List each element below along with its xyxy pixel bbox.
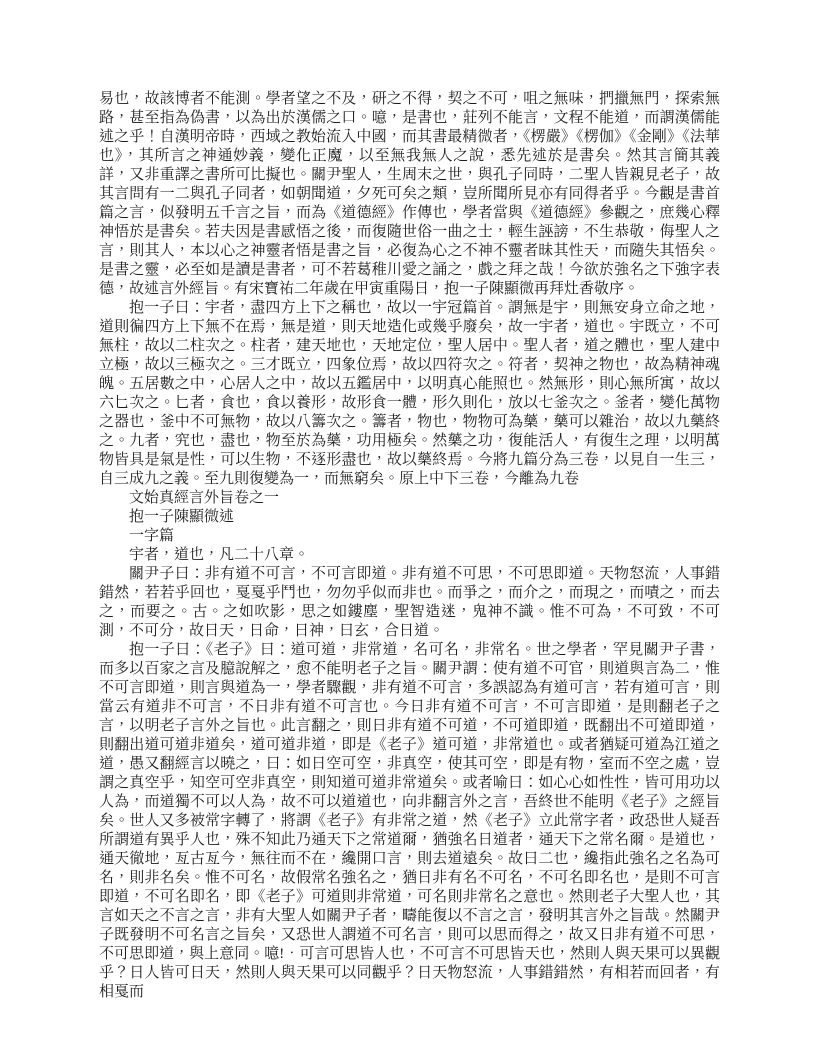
text-block: 易也，故該博者不能測。學者望之不及，研之不得，契之不可，咀之無味，捫擸無門，探索…	[99, 90, 720, 1002]
guanyinzi-quote-paragraph: 關尹子曰：非有道不可言，不可言即道。非有道不可思，不可思即道。天物怒流，人事錯錯…	[99, 565, 720, 641]
preface-structure-paragraph: 抱一子曰：宇者，盡四方上下之稱也，故以一宇冠篇首。謂無是宇，則無安身立命之地，道…	[99, 299, 720, 489]
preface-continuation-paragraph: 易也，故該博者不能測。學者望之不及，研之不得，契之不可，咀之無味，捫擸無門，探索…	[99, 90, 720, 299]
chapter-note: 宇者，道也，凡二十八章。	[99, 546, 720, 565]
author-byline: 抱一子陳顯微述	[99, 508, 720, 527]
document-page: 易也，故該博者不能測。學者望之不及，研之不得，契之不可，咀之無味，捫擸無門，探索…	[0, 0, 816, 1056]
volume-title: 文始真經言外旨卷之一	[99, 489, 720, 508]
chapter-heading: 一字篇	[99, 527, 720, 546]
commentary-paragraph: 抱一子曰：《老子》曰：道可道，非常道，名可名，非常名。世之學者，罕見關尹子書，而…	[99, 641, 720, 1002]
